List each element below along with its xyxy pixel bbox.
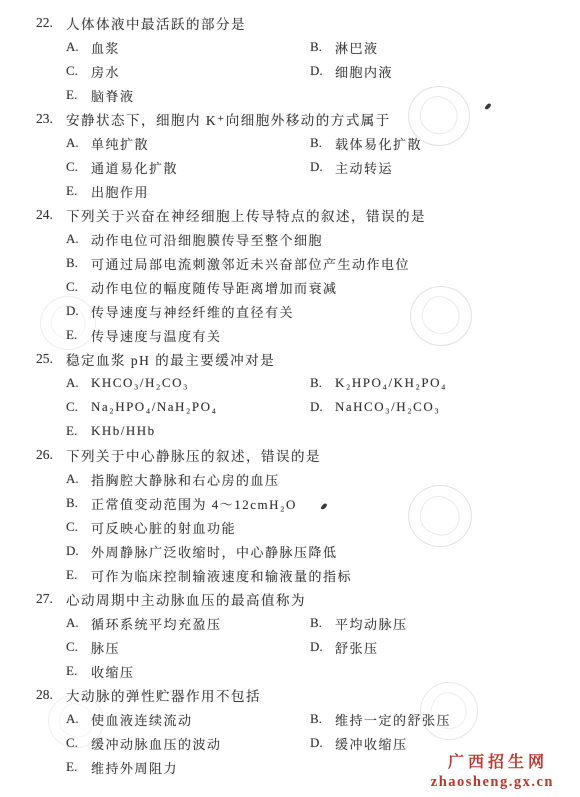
option-label: A. [66, 375, 91, 391]
option-label: B. [310, 615, 335, 631]
question-stem: 人体体液中最活跃的部分是 [66, 13, 246, 33]
option-text: 出胞作用 [91, 182, 149, 201]
option-C: C.缓冲动脉血压的波动 [66, 731, 310, 755]
question-stem: 心动周期中主动脉血压的最高值称为 [66, 589, 306, 609]
option-text: 维持外周阻力 [91, 758, 178, 777]
question-number: 27. [36, 591, 66, 607]
option-label: C. [66, 519, 91, 535]
option-text: 通道易化扩散 [91, 158, 178, 177]
option-E: E.出胞作用 [66, 179, 310, 203]
options-group: A.动作电位可沿细胞膜传导至整个细胞B.可通过局部电流刺激邻近未兴奋部位产生动作… [36, 227, 562, 347]
option-text: KHb/HHb [91, 423, 156, 439]
option-D: D.NaHCO₃/H₂CO₃ [310, 395, 562, 419]
option-text: 循环系统平均充盈压 [91, 614, 222, 633]
option-text: 可作为临床控制输液速度和输液量的指标 [91, 566, 352, 585]
option-A: A.指胸腔大静脉和右心房的血压 [66, 467, 562, 491]
question-27: 27.心动周期中主动脉血压的最高值称为A.循环系统平均充盈压B.平均动脉压C.脉… [36, 587, 562, 683]
option-label: C. [66, 279, 91, 295]
options-group: A.指胸腔大静脉和右心房的血压B.正常值变动范围为 4～12cmH₂OC.可反映… [36, 467, 562, 587]
option-text: 缓冲动脉血压的波动 [91, 734, 222, 753]
option-label: A. [66, 231, 91, 247]
option-label: C. [66, 63, 91, 79]
option-B: B.载体易化扩散 [310, 131, 562, 155]
option-A: A.动作电位可沿细胞膜传导至整个细胞 [66, 227, 562, 251]
question-number: 22. [36, 15, 66, 31]
option-text: 指胸腔大静脉和右心房的血压 [91, 470, 280, 489]
question-stem: 下列关于中心静脉压的叙述，错误的是 [66, 445, 321, 465]
watermark-site-name: 广西招生网 [448, 753, 548, 773]
option-label: B. [310, 39, 335, 55]
option-label: E. [66, 423, 91, 439]
question-stem: 下列关于兴奋在神经细胞上传导特点的叙述，错误的是 [66, 205, 426, 225]
option-text: 使血液连续流动 [91, 710, 193, 729]
option-text: 动作电位的幅度随传导距离增加而衰减 [91, 278, 338, 297]
option-B: B.可通过局部电流刺激邻近未兴奋部位产生动作电位 [66, 251, 562, 275]
option-E: E.KHb/HHb [66, 419, 310, 443]
option-E: E.收缩压 [66, 659, 310, 683]
option-text: K₂HPO₄/KH₂PO₄ [335, 375, 447, 391]
option-text: 舒张压 [335, 638, 379, 657]
option-C: C.通道易化扩散 [66, 155, 310, 179]
option-A: A.KHCO₃/H₂CO₃ [66, 371, 310, 395]
option-text: 细胞内液 [335, 62, 393, 81]
option-C: C.房水 [66, 59, 310, 83]
option-B: B.正常值变动范围为 4～12cmH₂O [66, 491, 562, 515]
option-label: D. [310, 735, 335, 751]
option-E: E.传导速度与温度有关 [66, 323, 562, 347]
option-label: E. [66, 327, 91, 343]
option-text: 房水 [91, 62, 120, 81]
option-label: B. [310, 711, 335, 727]
option-label: B. [66, 255, 91, 271]
question-number: 24. [36, 207, 66, 223]
question-number: 26. [36, 447, 66, 463]
option-label: A. [66, 711, 91, 727]
option-B: B.淋巴液 [310, 35, 562, 59]
option-text: 载体易化扩散 [335, 134, 422, 153]
option-B: B.平均动脉压 [310, 611, 562, 635]
option-text: Na₂HPO₄/NaH₂PO₄ [91, 399, 218, 415]
option-C: C.动作电位的幅度随传导距离增加而衰减 [66, 275, 562, 299]
option-text: 脉压 [91, 638, 120, 657]
question-number: 28. [36, 687, 66, 703]
option-label: E. [66, 663, 91, 679]
option-label: E. [66, 183, 91, 199]
option-text: 主动转运 [335, 158, 393, 177]
question-head: 23.安静状态下，细胞内 K⁺向细胞外移动的方式属于 [36, 107, 562, 131]
option-A: A.单纯扩散 [66, 131, 310, 155]
question-22: 22.人体体液中最活跃的部分是A.血浆B.淋巴液C.房水D.细胞内液E.脑脊液 [36, 11, 562, 107]
option-text: 血浆 [91, 38, 120, 57]
option-text: 正常值变动范围为 4～12cmH₂O [91, 494, 297, 513]
option-A: A.循环系统平均充盈压 [66, 611, 310, 635]
option-D: D.舒张压 [310, 635, 562, 659]
question-head: 26.下列关于中心静脉压的叙述，错误的是 [36, 443, 562, 467]
question-stem: 大动脉的弹性贮器作用不包括 [66, 685, 261, 705]
option-label: A. [66, 471, 91, 487]
option-label: E. [66, 567, 91, 583]
question-list: 22.人体体液中最活跃的部分是A.血浆B.淋巴液C.房水D.细胞内液E.脑脊液2… [36, 11, 562, 779]
option-label: B. [310, 135, 335, 151]
option-A: A.使血液连续流动 [66, 707, 310, 731]
option-label: D. [310, 399, 335, 415]
option-label: D. [310, 159, 335, 175]
option-D: D.主动转运 [310, 155, 562, 179]
option-label: A. [66, 39, 91, 55]
option-C: C.脉压 [66, 635, 310, 659]
option-text: 收缩压 [91, 662, 135, 681]
question-head: 24.下列关于兴奋在神经细胞上传导特点的叙述，错误的是 [36, 203, 562, 227]
option-label: D. [66, 303, 91, 319]
option-E: E.可作为临床控制输液速度和输液量的指标 [66, 563, 562, 587]
question-number: 23. [36, 111, 66, 127]
option-label: D. [310, 639, 335, 655]
question-head: 27.心动周期中主动脉血压的最高值称为 [36, 587, 562, 611]
option-D: D.缓冲收缩压 [310, 731, 562, 755]
option-text: 淋巴液 [335, 38, 379, 57]
site-watermark: 广西招生网 zhaosheng.gx.cn [431, 753, 554, 791]
option-label: B. [66, 495, 91, 511]
option-label: C. [66, 639, 91, 655]
option-label: E. [66, 759, 91, 775]
question-23: 23.安静状态下，细胞内 K⁺向细胞外移动的方式属于A.单纯扩散B.载体易化扩散… [36, 107, 562, 203]
option-D: D.外周静脉广泛收缩时，中心静脉压降低 [66, 539, 562, 563]
options-group: A.血浆B.淋巴液C.房水D.细胞内液E.脑脊液 [36, 35, 562, 107]
option-text: 外周静脉广泛收缩时，中心静脉压降低 [91, 542, 338, 561]
question-stem: 安静状态下，细胞内 K⁺向细胞外移动的方式属于 [66, 109, 391, 129]
question-25: 25.稳定血浆 pH 的最主要缓冲对是A.KHCO₃/H₂CO₃B.K₂HPO₄… [36, 347, 562, 443]
option-text: 脑脊液 [91, 86, 135, 105]
option-text: NaHCO₃/H₂CO₃ [335, 399, 440, 415]
options-group: A.循环系统平均充盈压B.平均动脉压C.脉压D.舒张压E.收缩压 [36, 611, 562, 683]
option-C: C.可反映心脏的射血功能 [66, 515, 562, 539]
option-text: 维持一定的舒张压 [335, 710, 451, 729]
exam-page: 22.人体体液中最活跃的部分是A.血浆B.淋巴液C.房水D.细胞内液E.脑脊液2… [0, 0, 580, 797]
option-C: C.Na₂HPO₄/NaH₂PO₄ [66, 395, 310, 419]
question-26: 26.下列关于中心静脉压的叙述，错误的是A.指胸腔大静脉和右心房的血压B.正常值… [36, 443, 562, 587]
option-text: 可反映心脏的射血功能 [91, 518, 236, 537]
option-D: D.传导速度与神经纤维的直径有关 [66, 299, 562, 323]
option-text: 传导速度与温度有关 [91, 326, 222, 345]
question-head: 28.大动脉的弹性贮器作用不包括 [36, 683, 562, 707]
option-text: 传导速度与神经纤维的直径有关 [91, 302, 294, 321]
option-label: A. [66, 135, 91, 151]
question-number: 25. [36, 351, 66, 367]
option-label: D. [66, 543, 91, 559]
question-stem: 稳定血浆 pH 的最主要缓冲对是 [66, 349, 275, 369]
option-E: E.维持外周阻力 [66, 755, 310, 779]
options-group: A.单纯扩散B.载体易化扩散C.通道易化扩散D.主动转运E.出胞作用 [36, 131, 562, 203]
question-head: 22.人体体液中最活跃的部分是 [36, 11, 562, 35]
option-A: A.血浆 [66, 35, 310, 59]
watermark-site-url: zhaosheng.gx.cn [431, 773, 554, 791]
option-label: B. [310, 375, 335, 391]
option-B: B.K₂HPO₄/KH₂PO₄ [310, 371, 562, 395]
option-label: C. [66, 159, 91, 175]
option-text: 动作电位可沿细胞膜传导至整个细胞 [91, 230, 323, 249]
question-head: 25.稳定血浆 pH 的最主要缓冲对是 [36, 347, 562, 371]
option-label: C. [66, 399, 91, 415]
option-text: 可通过局部电流刺激邻近未兴奋部位产生动作电位 [91, 254, 410, 273]
option-B: B.维持一定的舒张压 [310, 707, 562, 731]
option-label: D. [310, 63, 335, 79]
options-group: A.KHCO₃/H₂CO₃B.K₂HPO₄/KH₂PO₄C.Na₂HPO₄/Na… [36, 371, 562, 443]
option-label: C. [66, 735, 91, 751]
option-text: 平均动脉压 [335, 614, 408, 633]
question-24: 24.下列关于兴奋在神经细胞上传导特点的叙述，错误的是A.动作电位可沿细胞膜传导… [36, 203, 562, 347]
option-label: A. [66, 615, 91, 631]
option-label: E. [66, 87, 91, 103]
option-text: 缓冲收缩压 [335, 734, 408, 753]
option-D: D.细胞内液 [310, 59, 562, 83]
option-text: 单纯扩散 [91, 134, 149, 153]
option-text: KHCO₃/H₂CO₃ [91, 375, 189, 391]
option-E: E.脑脊液 [66, 83, 310, 107]
